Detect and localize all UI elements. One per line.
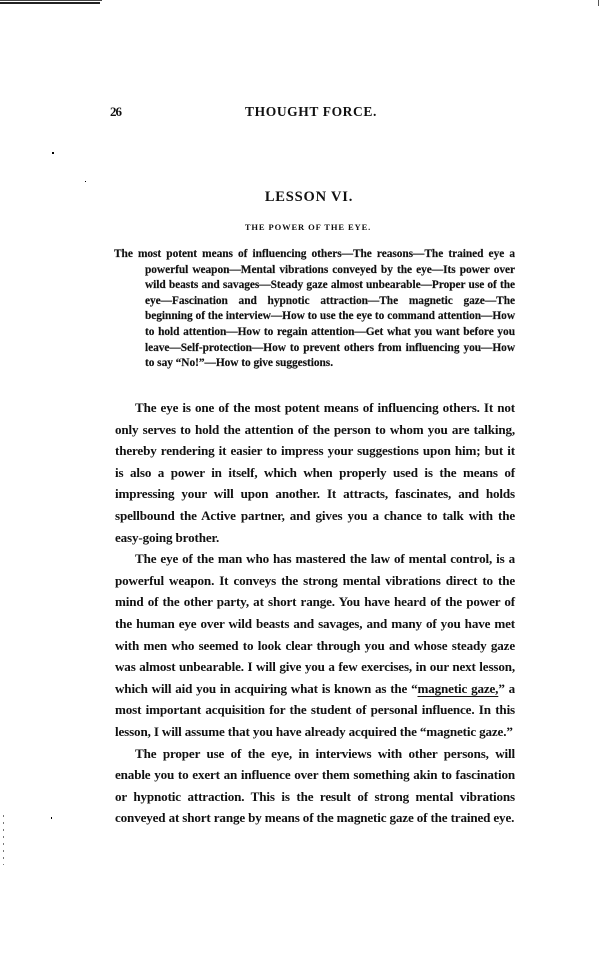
scan-artifact-left-ticks (3, 815, 4, 865)
underlined-phrase: magnetic gaze, (417, 681, 498, 696)
scan-artifact-dot (85, 181, 86, 182)
paragraph-1: The eye is one of the most potent means … (115, 397, 515, 548)
running-head: THOUGHT FORCE. (0, 104, 600, 120)
lesson-subtitle: THE POWER OF THE EYE. (0, 222, 600, 232)
body-text: The eye is one of the most potent means … (115, 397, 515, 829)
scan-artifact-top-line (0, 0, 600, 1)
paragraph-3: The proper use of the eye, in interviews… (115, 743, 515, 829)
scan-artifact-top-rule (0, 2, 100, 4)
lesson-title: LESSON VI. (0, 189, 600, 206)
scan-artifact-right-edge (598, 0, 599, 6)
scan-artifact-dot (52, 152, 54, 154)
paragraph-2: The eye of the man who has mastered the … (115, 548, 515, 742)
lesson-synopsis: The most potent means of influencing oth… (114, 247, 515, 372)
scan-artifact-dot (51, 817, 52, 819)
paragraph-2-text-before: The eye of the man who has mastered the … (115, 551, 515, 696)
